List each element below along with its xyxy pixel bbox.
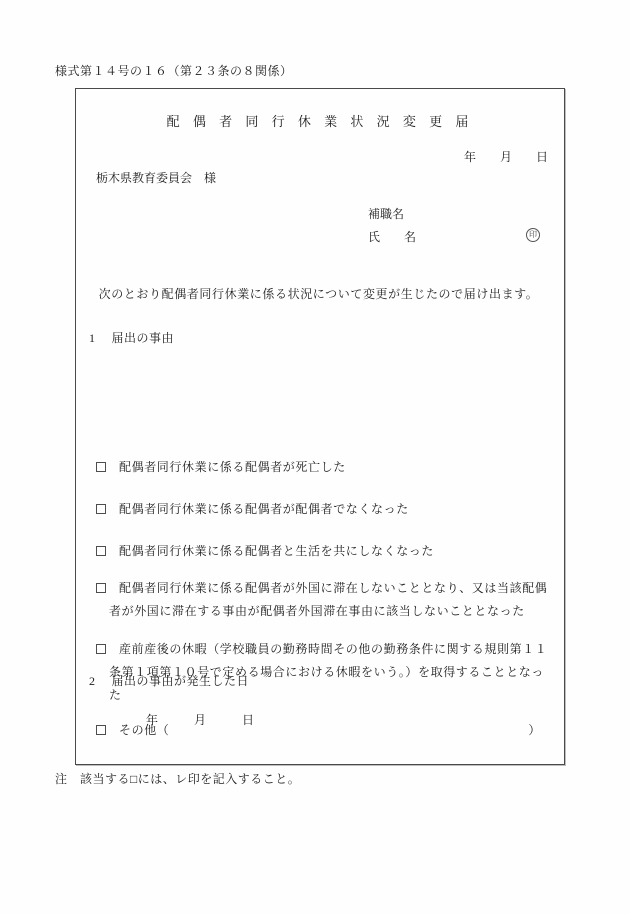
checkbox-icon bbox=[96, 546, 106, 556]
reason-item-no-longer-abroad: 配偶者同行休業に係る配偶者が外国に滞在しないこととなり、又は当該配偶者が外国に滞… bbox=[96, 577, 549, 623]
reason-item-spouse-died: 配偶者同行休業に係る配偶者が死亡した bbox=[96, 456, 549, 479]
checkbox-icon bbox=[96, 644, 106, 654]
section1-heading: 1 届出の事由 bbox=[89, 329, 174, 346]
checkbox-icon bbox=[96, 583, 106, 593]
reason-item-label: 配偶者同行休業に係る配偶者が外国に滞在しないこととなり、又は当該配偶者が外国に滞… bbox=[96, 577, 549, 623]
addressee: 栃木県教育委員会 様 bbox=[96, 169, 216, 186]
reason-item-label: 配偶者同行休業に係る配偶者が配偶者でなくなった bbox=[96, 498, 549, 521]
date-line-occurrence: 年 月 日 bbox=[146, 711, 254, 728]
reason-item-label: 配偶者同行休業に係る配偶者が死亡した bbox=[96, 456, 549, 479]
date-line-top: 年 月 日 bbox=[464, 148, 548, 165]
form-border-box: 配 偶 者 同 行 休 業 状 況 変 更 届 年 月 日 栃木県教育委員会 様… bbox=[75, 88, 565, 765]
footnote: 注 該当する□には、レ印を記入すること。 bbox=[55, 770, 300, 787]
checkbox-icon bbox=[96, 504, 106, 514]
checkbox-icon bbox=[96, 725, 106, 735]
page-title: 配 偶 者 同 行 休 業 状 況 変 更 届 bbox=[76, 111, 564, 130]
name-label: 氏 名 bbox=[368, 228, 416, 245]
reason-item-no-longer-spouse: 配偶者同行休業に係る配偶者が配偶者でなくなった bbox=[96, 498, 549, 521]
checkbox-icon bbox=[96, 462, 106, 472]
form-number: 様式第１４号の１６（第２３条の８関係） bbox=[55, 62, 293, 79]
reason-item-label: 配偶者同行休業に係る配偶者と生活を共にしなくなった bbox=[96, 540, 549, 563]
other-closing-paren: ） bbox=[528, 719, 541, 742]
opening-statement: 次のとおり配偶者同行休業に係る状況について変更が生じたので届け出ます。 bbox=[86, 286, 560, 302]
form-page: 様式第１４号の１６（第２３条の８関係） 配 偶 者 同 行 休 業 状 況 変 … bbox=[0, 0, 630, 915]
position-title-label: 補職名 bbox=[368, 205, 404, 222]
reason-item-no-longer-living-together: 配偶者同行休業に係る配偶者と生活を共にしなくなった bbox=[96, 540, 549, 563]
section2-heading: 2 届出の事由が発生した日 bbox=[89, 672, 249, 689]
seal-icon: 印 bbox=[526, 228, 540, 242]
